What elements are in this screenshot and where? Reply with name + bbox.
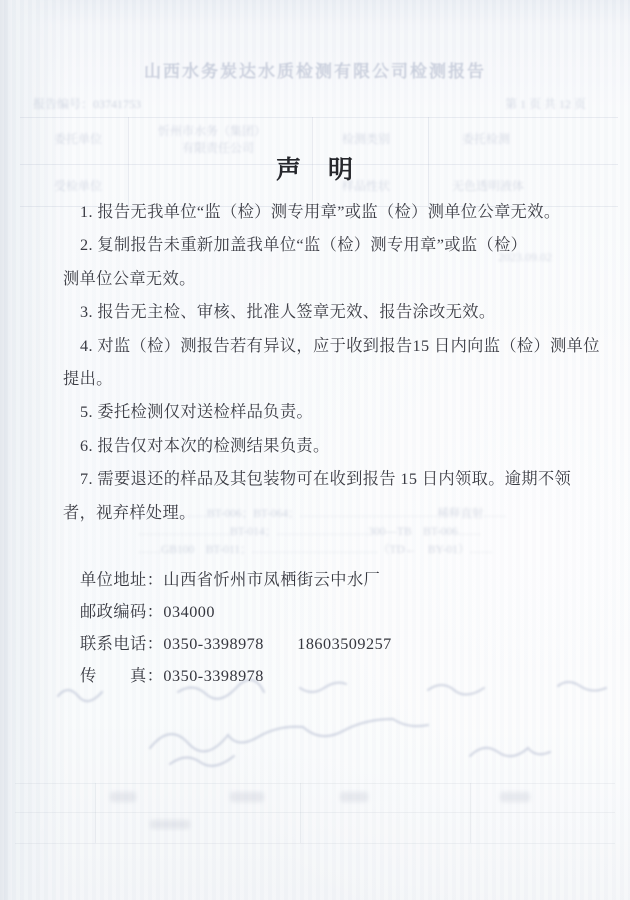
ghost-table-line (15, 783, 615, 784)
ghost-smudge (500, 792, 530, 802)
ghost-smudge (230, 792, 264, 802)
scanned-declaration-page: 山西水务炭达水质检测有限公司检测报告 报告编号：03741753 第 1 页 共… (0, 0, 630, 900)
ghost-smudge (110, 792, 136, 802)
contact-phone: 联系电话：0350-3398978 18603509257 (80, 628, 608, 660)
ghost-table-line (15, 812, 615, 813)
ghost-table-line (20, 117, 618, 118)
ghost-table-line (95, 783, 96, 843)
contact-fax: 传 真：0350-3398978 (80, 660, 608, 692)
ghost-smudge (340, 792, 368, 802)
statement-item-4: 4. 对监（检）测报告若有异议，应于收到报告15 日内向监（检）测单位 (63, 330, 608, 363)
ghost-cell-type-value: 委托检测 (462, 131, 510, 147)
handwriting-ghost (0, 676, 630, 796)
ghost-cell-type-label: 检测类别 (342, 131, 390, 147)
ghost-report-header-title: 山西水务炭达水质检测有限公司检测报告 (0, 57, 630, 82)
statement-item-4-cont: 提出。 (63, 363, 608, 396)
statement-item-7-cont: 者，视弃样处理。 (63, 497, 608, 530)
declaration-title: 声 明 (0, 150, 630, 186)
statement-item-6: 6. 报告仅对本次的检测结果负责。 (63, 430, 608, 463)
statement-item-3: 3. 报告无主检、审核、批准人签章无效、报告涂改无效。 (63, 296, 608, 329)
statement-item-1: 1. 报告无我单位“监（检）测专用章”或监（检）测单位公章无效。 (63, 196, 608, 229)
ghost-cell-client-value-1: 忻州市水务（集团） (158, 123, 266, 139)
ghost-table-line (300, 783, 301, 843)
ghost-table-line (470, 783, 471, 843)
ghost-smudge (150, 820, 190, 829)
declaration-body: 1. 报告无我单位“监（检）测专用章”或监（检）测单位公章无效。 2. 复制报告… (63, 196, 608, 692)
statement-item-5: 5. 委托检测仅对送检样品负责。 (63, 396, 608, 429)
contact-block: 单位地址：山西省忻州市凤栖街云中水厂 邮政编码：034000 联系电话：0350… (63, 564, 608, 692)
statement-item-7: 7. 需要退还的样品及其包装物可在收到报告 15 日内领取。逾期不领 (63, 463, 608, 496)
ghost-report-number: 报告编号：03741753 (33, 95, 141, 112)
contact-address: 单位地址：山西省忻州市凤栖街云中水厂 (80, 564, 608, 596)
contact-postcode: 邮政编码：034000 (80, 596, 608, 628)
statement-item-2-cont: 测单位公章无效。 (63, 263, 608, 296)
ghost-cell-client-label: 委托单位 (54, 131, 102, 147)
ghost-page-number: 第 1 页 共 12 页 (505, 95, 586, 112)
statement-item-2: 2. 复制报告未重新加盖我单位“监（检）测专用章”或监（检） (63, 229, 608, 262)
ghost-table-line (15, 843, 615, 844)
